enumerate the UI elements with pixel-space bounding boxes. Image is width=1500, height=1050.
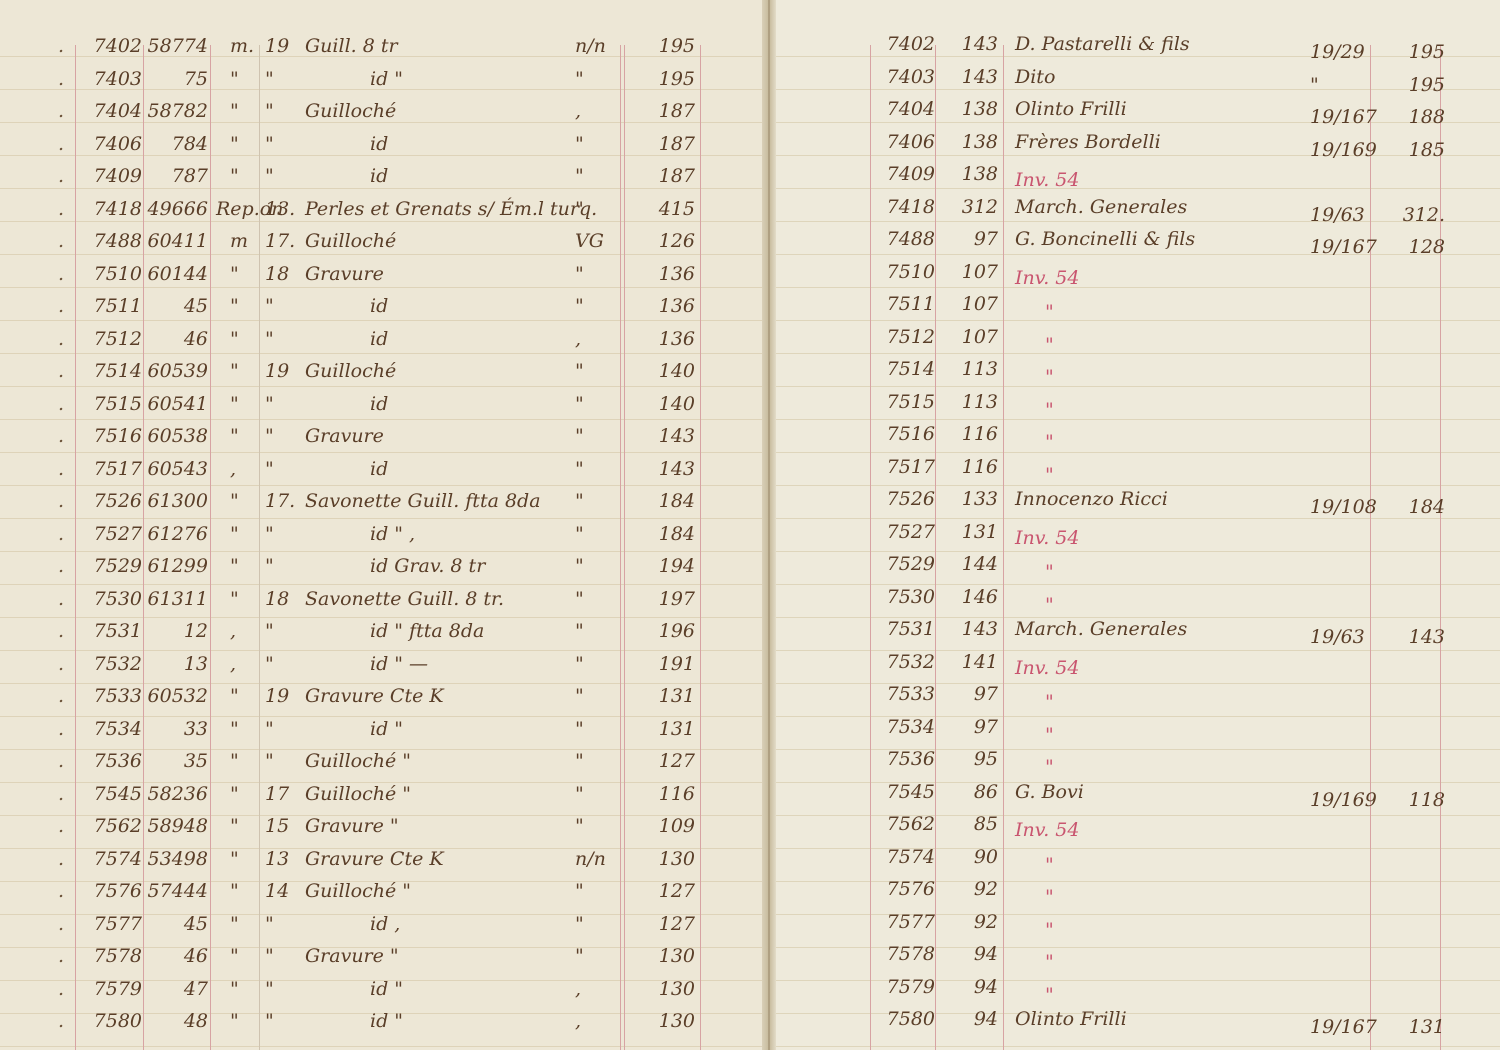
item-price: 130 — [630, 843, 695, 876]
ledger-row: . 7406 784 " " id " 187 — [0, 128, 770, 161]
item-number: 7418 — [865, 191, 935, 224]
row-bullet: . — [58, 355, 64, 388]
item-price: 194 — [630, 550, 695, 583]
item-size: 17. — [265, 485, 295, 518]
cost-value: 95 — [930, 743, 998, 776]
item-mark: " — [575, 745, 584, 778]
item-number: 7516 — [70, 420, 142, 453]
ledger-row: 7545 86 G. Bovi 19/169 118 — [770, 776, 1500, 809]
item-number: 7404 — [865, 93, 935, 126]
item-description: id — [370, 290, 388, 323]
item-number: 7530 — [70, 583, 142, 616]
item-number: 7534 — [865, 711, 935, 744]
row-bullet: . — [58, 680, 64, 713]
item-mark: " — [575, 290, 584, 323]
cost-value: 131 — [930, 516, 998, 549]
item-size: 14 — [265, 875, 289, 908]
reference-number: 58782 — [140, 95, 208, 128]
item-number: 7527 — [865, 516, 935, 549]
item-mark: " — [575, 453, 584, 486]
cost-value: 143 — [930, 61, 998, 94]
item-size: 17. — [265, 225, 295, 258]
reference-number: 75 — [140, 63, 208, 96]
item-price: 127 — [630, 875, 695, 908]
item-type: " — [230, 290, 239, 323]
item-number: 7580 — [70, 1005, 142, 1038]
reference-number: 60539 — [140, 355, 208, 388]
item-size: " — [265, 453, 274, 486]
cost-value: 146 — [930, 581, 998, 614]
item-description: Guilloché — [305, 355, 396, 388]
item-description: id " , — [370, 518, 415, 551]
buyer-name: G. Boncinelli & fils — [1015, 223, 1195, 256]
item-number: 7514 — [865, 353, 935, 386]
row-bullet: . — [58, 1005, 64, 1038]
row-bullet: . — [58, 388, 64, 421]
ledger-row: . 7574 53498 " 13 Gravure Cte K n/n 130 — [0, 843, 770, 876]
reference-number: 49666 — [140, 193, 208, 226]
ledger-row: 7516 116 " — [770, 418, 1500, 451]
ledger-row: 7562 85 Inv. 54 — [770, 808, 1500, 841]
item-size: " — [265, 160, 274, 193]
buyer-name: Dito — [1015, 61, 1055, 94]
item-mark: n/n — [575, 30, 606, 63]
item-price: 130 — [630, 940, 695, 973]
item-price: 127 — [630, 745, 695, 778]
reference-number: 61276 — [140, 518, 208, 551]
item-price: 136 — [630, 323, 695, 356]
item-number: 7517 — [865, 451, 935, 484]
item-size: 19 — [265, 680, 289, 713]
item-description: id " — — [370, 648, 428, 681]
ledger-row: 7534 97 " — [770, 711, 1500, 744]
item-type: " — [230, 485, 239, 518]
item-mark: " — [575, 485, 584, 518]
ledger-row: . 7562 58948 " 15 Gravure " " 109 — [0, 810, 770, 843]
item-number: 7488 — [70, 225, 142, 258]
cost-value: 94 — [930, 971, 998, 1004]
ledger-row: . 7511 45 " " id " 136 — [0, 290, 770, 323]
item-size: 19 — [265, 355, 289, 388]
reference-number: 45 — [140, 908, 208, 941]
item-mark: " — [575, 128, 584, 161]
cost-value: 85 — [930, 808, 998, 841]
reference-number: 45 — [140, 290, 208, 323]
item-number: 7510 — [70, 258, 142, 291]
item-number: 7488 — [865, 223, 935, 256]
item-size: " — [265, 615, 274, 648]
row-bullet: . — [58, 908, 64, 941]
item-description: Savonette Guill. 8 tr. — [305, 583, 504, 616]
item-number: 7545 — [70, 778, 142, 811]
item-price: 116 — [630, 778, 695, 811]
ledger-row: 7532 141 Inv. 54 — [770, 646, 1500, 679]
reference-number: 48 — [140, 1005, 208, 1038]
item-price: 143 — [630, 420, 695, 453]
cost-value: 116 — [930, 418, 998, 451]
item-mark: " — [575, 193, 584, 226]
item-mark: " — [575, 420, 584, 453]
item-number: 7526 — [865, 483, 935, 516]
item-mark: " — [575, 258, 584, 291]
item-mark: " — [575, 388, 584, 421]
item-description: id " ftta 8da — [370, 615, 484, 648]
item-type: " — [230, 63, 239, 96]
cost-value: 97 — [930, 711, 998, 744]
ledger-row: 7406 138 Frères Bordelli 19/169 185 — [770, 126, 1500, 159]
item-number: 7577 — [70, 908, 142, 941]
ledger-row: . 7529 61299 " " id Grav. 8 tr " 194 — [0, 550, 770, 583]
item-mark: " — [575, 940, 584, 973]
item-number: 7576 — [70, 875, 142, 908]
item-mark: " — [575, 63, 584, 96]
reference-number: 61299 — [140, 550, 208, 583]
item-price: 130 — [630, 973, 695, 1006]
item-type: " — [230, 388, 239, 421]
item-number: 7562 — [70, 810, 142, 843]
ledger-row: . 7512 46 " " id , 136 — [0, 323, 770, 356]
item-mark: " — [575, 583, 584, 616]
item-size: 19 — [265, 30, 289, 63]
item-number: 7530 — [865, 581, 935, 614]
ledger-row: 7510 107 Inv. 54 — [770, 256, 1500, 289]
item-type: " — [230, 420, 239, 453]
buyer-name: Olinto Frilli — [1015, 1003, 1127, 1036]
item-price: 127 — [630, 908, 695, 941]
item-mark: " — [575, 550, 584, 583]
cost-value: 94 — [930, 938, 998, 971]
reference-number: 33 — [140, 713, 208, 746]
ledger-row: 7529 144 " — [770, 548, 1500, 581]
row-bullet: . — [58, 518, 64, 551]
item-description: Guill. 8 tr — [305, 30, 398, 63]
item-size: " — [265, 388, 274, 421]
ledger-row: . 7579 47 " " id " , 130 — [0, 973, 770, 1006]
ledger-row: . 7517 60543 , " id " 143 — [0, 453, 770, 486]
reference-number: 58236 — [140, 778, 208, 811]
item-type: " — [230, 323, 239, 356]
row-bullet: . — [58, 778, 64, 811]
ledger-row: 7517 116 " — [770, 451, 1500, 484]
item-description: id — [370, 128, 388, 161]
ledger-row: 7514 113 " — [770, 353, 1500, 386]
item-mark: " — [575, 615, 584, 648]
item-size: " — [265, 290, 274, 323]
ledger-right-page: 7402 143 D. Pastarelli & fils 19/29 195 … — [770, 0, 1500, 1050]
item-number: 7579 — [70, 973, 142, 1006]
cost-value: 92 — [930, 873, 998, 906]
item-number: 7516 — [865, 418, 935, 451]
ledger-row: . 7403 75 " " id " " 195 — [0, 63, 770, 96]
item-description: Guilloché " — [305, 745, 411, 778]
row-bullet: . — [58, 648, 64, 681]
item-price: 187 — [630, 95, 695, 128]
item-price: 140 — [630, 355, 695, 388]
item-type: , — [230, 615, 236, 648]
item-number: 7562 — [865, 808, 935, 841]
reference-number: 12 — [140, 615, 208, 648]
ledger-row: 7579 94 " — [770, 971, 1500, 1004]
cost-value: 138 — [930, 93, 998, 126]
item-size: 13 — [265, 843, 289, 876]
cost-value: 138 — [930, 126, 998, 159]
item-description: id " — [370, 63, 403, 96]
cost-value: 143 — [930, 28, 998, 61]
item-number: 7512 — [865, 321, 935, 354]
cost-value: 138 — [930, 158, 998, 191]
item-description: id , — [370, 908, 400, 941]
item-price: 197 — [630, 583, 695, 616]
item-type: " — [230, 908, 239, 941]
ledger-row: 7404 138 Olinto Frilli 19/167 188 — [770, 93, 1500, 126]
reference-number: 61311 — [140, 583, 208, 616]
ledger-row: 7580 94 Olinto Frilli 19/167 131 — [770, 1003, 1500, 1036]
ledger-row: . 7578 46 " " Gravure " " 130 — [0, 940, 770, 973]
item-number: 7402 — [70, 30, 142, 63]
item-description: Savonette Guill. ftta 8da — [305, 485, 541, 518]
row-bullet: . — [58, 258, 64, 291]
item-type: " — [230, 258, 239, 291]
item-description: Guilloché — [305, 95, 396, 128]
ledger-row: 7409 138 Inv. 54 — [770, 158, 1500, 191]
reference-number: 60543 — [140, 453, 208, 486]
cost-value: 113 — [930, 353, 998, 386]
ledger-row: . 7515 60541 " " id " 140 — [0, 388, 770, 421]
row-bullet: . — [58, 745, 64, 778]
cost-value: 86 — [930, 776, 998, 809]
cost-value: 312 — [930, 191, 998, 224]
ledger-row: . 7516 60538 " " Gravure " 143 — [0, 420, 770, 453]
item-type: " — [230, 810, 239, 843]
book-gutter — [762, 0, 776, 1050]
cost-value: 107 — [930, 256, 998, 289]
row-bullet: . — [58, 875, 64, 908]
ledger-row: 7574 90 " — [770, 841, 1500, 874]
row-bullet: . — [58, 30, 64, 63]
item-size: 18 — [265, 258, 289, 291]
item-size: " — [265, 518, 274, 551]
item-description: Gravure Cte K — [305, 843, 444, 876]
reference-number: 13 — [140, 648, 208, 681]
ledger-row: 7512 107 " — [770, 321, 1500, 354]
item-price: 143 — [630, 453, 695, 486]
buyer-name: Frères Bordelli — [1015, 126, 1161, 159]
reference-number: 787 — [140, 160, 208, 193]
item-mark: " — [575, 518, 584, 551]
item-number: 7576 — [865, 873, 935, 906]
item-type: " — [230, 550, 239, 583]
reference-number: 60532 — [140, 680, 208, 713]
buyer-name: March. Generales — [1015, 613, 1187, 646]
item-size: 17 — [265, 778, 289, 811]
item-type: " — [230, 843, 239, 876]
item-size: 18 — [265, 583, 289, 616]
item-number: 7402 — [865, 28, 935, 61]
item-size: " — [265, 908, 274, 941]
buyer-name: D. Pastarelli & fils — [1015, 28, 1190, 61]
item-size: " — [265, 323, 274, 356]
item-price: 131 — [630, 680, 695, 713]
item-size: " — [265, 63, 274, 96]
ledger-row: . 7531 12 , " id " ftta 8da " 196 — [0, 615, 770, 648]
item-type: " — [230, 355, 239, 388]
cost-value: 92 — [930, 906, 998, 939]
buyer-name: G. Bovi — [1015, 776, 1084, 809]
item-size: " — [265, 973, 274, 1006]
ledger-row: . 7532 13 , " id " — " 191 — [0, 648, 770, 681]
ledger-row: . 7418 49666 Rep.on 13. Perles et Grenat… — [0, 193, 770, 226]
item-type: , — [230, 453, 236, 486]
row-bullet: . — [58, 453, 64, 486]
item-type: " — [230, 583, 239, 616]
ledger-row: 7578 94 " — [770, 938, 1500, 971]
item-number: 7533 — [70, 680, 142, 713]
reference-number: 47 — [140, 973, 208, 1006]
item-price: 131 — [630, 713, 695, 746]
item-mark: " — [575, 680, 584, 713]
row-bullet: . — [58, 290, 64, 323]
item-size: " — [265, 95, 274, 128]
ledger-row: 7403 143 Dito " 195 — [770, 61, 1500, 94]
item-price: 126 — [630, 225, 695, 258]
reference-number: 58774 — [140, 30, 208, 63]
item-number: 7511 — [70, 290, 142, 323]
row-bullet: . — [58, 225, 64, 258]
cost-value: 113 — [930, 386, 998, 419]
item-description: id — [370, 453, 388, 486]
item-price: 195 — [630, 63, 695, 96]
item-mark: " — [575, 875, 584, 908]
item-type: " — [230, 940, 239, 973]
item-description: id — [370, 160, 388, 193]
ledger-row: . 7514 60539 " 19 Guilloché " 140 — [0, 355, 770, 388]
item-mark: " — [575, 778, 584, 811]
item-number: 7517 — [70, 453, 142, 486]
item-price: 187 — [630, 160, 695, 193]
item-number: 7409 — [70, 160, 142, 193]
item-number: 7529 — [70, 550, 142, 583]
ledger-row: . 7580 48 " " id " , 130 — [0, 1005, 770, 1038]
item-price: 130 — [630, 1005, 695, 1038]
reference-number: 60538 — [140, 420, 208, 453]
cost-value: 107 — [930, 288, 998, 321]
item-number: 7404 — [70, 95, 142, 128]
item-number: 7406 — [865, 126, 935, 159]
item-price: 184 — [630, 518, 695, 551]
item-description: Guilloché " — [305, 778, 411, 811]
item-number: 7510 — [865, 256, 935, 289]
ledger-row: . 7409 787 " " id " 187 — [0, 160, 770, 193]
item-description: Gravure — [305, 420, 384, 453]
item-number: 7574 — [70, 843, 142, 876]
cost-value: 94 — [930, 1003, 998, 1036]
item-type: " — [230, 713, 239, 746]
ledger-left-page: . 7402 58774 m. 19 Guill. 8 tr n/n 195 .… — [0, 0, 770, 1050]
item-type: " — [230, 778, 239, 811]
row-bullet: . — [58, 420, 64, 453]
item-number: 7579 — [865, 971, 935, 1004]
item-description: id — [370, 323, 388, 356]
item-price: 136 — [630, 258, 695, 291]
item-number: 7532 — [865, 646, 935, 679]
item-number: 7527 — [70, 518, 142, 551]
item-price: 191 — [630, 648, 695, 681]
buyer-name: Olinto Frilli — [1015, 93, 1127, 126]
cost-value: 116 — [930, 451, 998, 484]
ledger-row: . 7534 33 " " id " " 131 — [0, 713, 770, 746]
item-mark: , — [575, 973, 581, 1006]
item-mark: , — [575, 95, 581, 128]
ledger-row: . 7526 61300 " 17. Savonette Guill. ftta… — [0, 485, 770, 518]
ledger-row: 7527 131 Inv. 54 — [770, 516, 1500, 549]
ledger-row: . 7404 58782 " " Guilloché , 187 — [0, 95, 770, 128]
reference-number: 58948 — [140, 810, 208, 843]
ledger-row: 7577 92 " — [770, 906, 1500, 939]
ledger-row: . 7510 60144 " 18 Gravure " 136 — [0, 258, 770, 291]
row-bullet: . — [58, 193, 64, 226]
cost-value: 97 — [930, 678, 998, 711]
item-number: 7531 — [865, 613, 935, 646]
item-number: 7574 — [865, 841, 935, 874]
reference-number: 60411 — [140, 225, 208, 258]
item-number: 7511 — [865, 288, 935, 321]
ledger-row: . 7530 61311 " 18 Savonette Guill. 8 tr.… — [0, 583, 770, 616]
item-mark: " — [575, 713, 584, 746]
item-description: Gravure — [305, 258, 384, 291]
reference-number: 61300 — [140, 485, 208, 518]
item-size: " — [265, 550, 274, 583]
ledger-row: 7533 97 " — [770, 678, 1500, 711]
ledger-row: 7531 143 March. Generales 19/63 143 — [770, 613, 1500, 646]
item-price: 136 — [630, 290, 695, 323]
ledger-row: 7536 95 " — [770, 743, 1500, 776]
row-bullet: . — [58, 485, 64, 518]
item-number: 7536 — [865, 743, 935, 776]
item-mark: VG — [575, 225, 604, 258]
item-size: " — [265, 713, 274, 746]
item-description: Gravure " — [305, 940, 399, 973]
row-bullet: . — [58, 843, 64, 876]
reference-number: 60541 — [140, 388, 208, 421]
item-price: 187 — [630, 128, 695, 161]
ledger-row: . 7576 57444 " 14 Guilloché " " 127 — [0, 875, 770, 908]
cost-value: 90 — [930, 841, 998, 874]
item-type: m. — [230, 30, 254, 63]
item-description: Gravure " — [305, 810, 399, 843]
row-bullet: . — [58, 973, 64, 1006]
item-type: " — [230, 745, 239, 778]
item-number: 7512 — [70, 323, 142, 356]
cost-value: 107 — [930, 321, 998, 354]
item-number: 7406 — [70, 128, 142, 161]
item-description: Guilloché " — [305, 875, 411, 908]
item-number: 7532 — [70, 648, 142, 681]
reference-number: 35 — [140, 745, 208, 778]
item-number: 7418 — [70, 193, 142, 226]
item-number: 7529 — [865, 548, 935, 581]
item-number: 7536 — [70, 745, 142, 778]
item-description: id " — [370, 713, 403, 746]
item-number: 7515 — [865, 386, 935, 419]
ledger-row: . 7545 58236 " 17 Guilloché " " 116 — [0, 778, 770, 811]
item-price: 109 — [630, 810, 695, 843]
row-bullet: . — [58, 550, 64, 583]
item-price: 415 — [630, 193, 695, 226]
item-size: " — [265, 1005, 274, 1038]
item-size: 15 — [265, 810, 289, 843]
row-bullet: . — [58, 940, 64, 973]
item-type: " — [230, 160, 239, 193]
